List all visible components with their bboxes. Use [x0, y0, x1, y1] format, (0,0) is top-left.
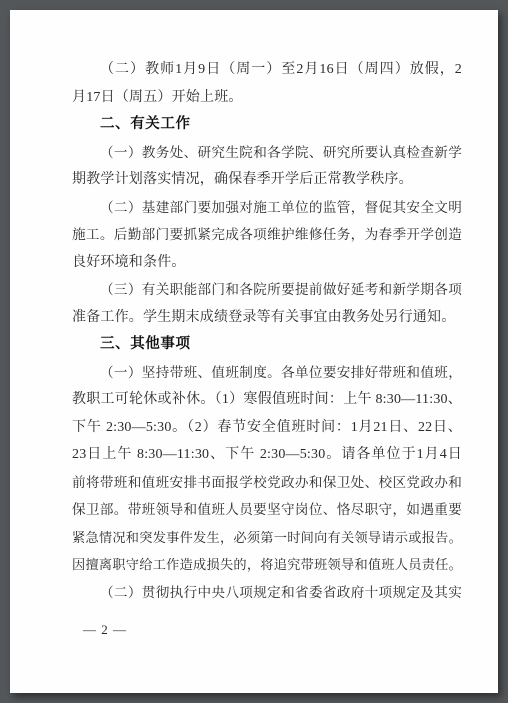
section-heading: 三、其他事项 — [72, 331, 462, 359]
document-page: （二）教师1月9日（周一）至2月16日（周四）放假，2月17日（周五）开始上班。… — [10, 10, 498, 693]
document-body: （二）教师1月9日（周一）至2月16日（周四）放假，2月17日（周五）开始上班。… — [72, 56, 462, 606]
document-line: 23日上午 8:30—11:30、下午 2:30—5:30。请各单位于1月4日 — [72, 441, 462, 469]
section-heading: 二、有关工作 — [72, 111, 462, 139]
document-line: 前将带班和值班安排书面报学校党政办和保卫处、校区党政办和 — [72, 469, 462, 497]
document-line: （一）教务处、研究生院和各学院、研究所要认真检查新学 — [72, 139, 462, 167]
document-line: 良好环境和条件。 — [72, 249, 462, 277]
document-line: 因擅离职守给工作造成损失的，将追究带班领导和值班人员责任。 — [72, 551, 462, 579]
document-line: 教职工可轮休或补休。（1）寒假值班时间：上午 8:30—11:30、 — [72, 386, 462, 414]
document-line: （二）基建部门要加强对施工单位的监管，督促其安全文明 — [72, 194, 462, 222]
document-line: 期教学计划落实情况，确保春季开学后正常教学秩序。 — [72, 166, 462, 194]
document-line: 保卫部。带班领导和值班人员要坚守岗位、恪尽职守，如遇重要 — [72, 496, 462, 524]
document-line: （三）有关职能部门和各院所要提前做好延考和新学期各项 — [72, 276, 462, 304]
document-line: 月17日（周五）开始上班。 — [72, 84, 462, 112]
document-line: （二）贯彻执行中央八项规定和省委省政府十项规定及其实 — [72, 579, 462, 607]
document-line: 准备工作。学生期末成绩登录等有关事宜由教务处另行通知。 — [72, 304, 462, 332]
document-viewer: （二）教师1月9日（周一）至2月16日（周四）放假，2月17日（周五）开始上班。… — [0, 0, 508, 703]
document-line: 紧急情况和突发事件发生，必须第一时间向有关领导请示或报告。 — [72, 524, 462, 552]
document-line: （一）坚持带班、值班制度。各单位要安排好带班和值班， — [72, 359, 462, 387]
page-number: — 2 — — [83, 622, 127, 638]
document-line: 下午 2:30—5:30。（2）春节安全值班时间：1月21日、22日、 — [72, 414, 462, 442]
document-line: 施工。后勤部门要抓紧完成各项维护维修任务，为春季开学创造 — [72, 221, 462, 249]
document-line: （二）教师1月9日（周一）至2月16日（周四）放假，2 — [72, 56, 462, 84]
